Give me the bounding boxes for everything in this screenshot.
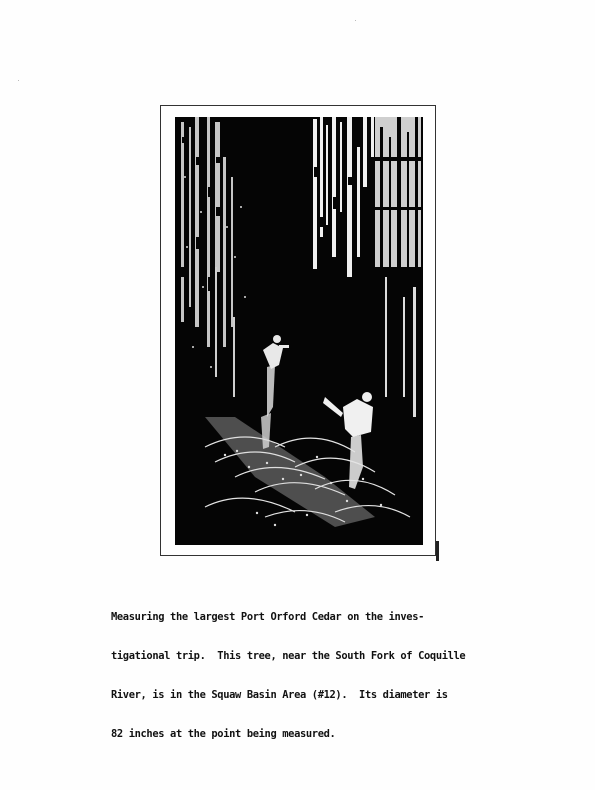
caption-line: 82 inches at the point being measured.	[111, 728, 501, 741]
photo-caption: Measuring the largest Port Orford Cedar …	[111, 585, 501, 767]
caption-line: River, is in the Squaw Basin Area (#12).…	[111, 689, 501, 702]
scan-speck	[355, 20, 356, 21]
caption-line: Measuring the largest Port Orford Cedar …	[111, 611, 501, 624]
cedar-tree-photo	[175, 117, 423, 545]
scan-speck	[18, 80, 19, 81]
caption-line: tigational trip. This tree, near the Sou…	[111, 650, 501, 663]
forest-photo-illustration	[175, 117, 423, 545]
photo-frame	[160, 105, 436, 556]
document-page: Measuring the largest Port Orford Cedar …	[0, 0, 595, 790]
